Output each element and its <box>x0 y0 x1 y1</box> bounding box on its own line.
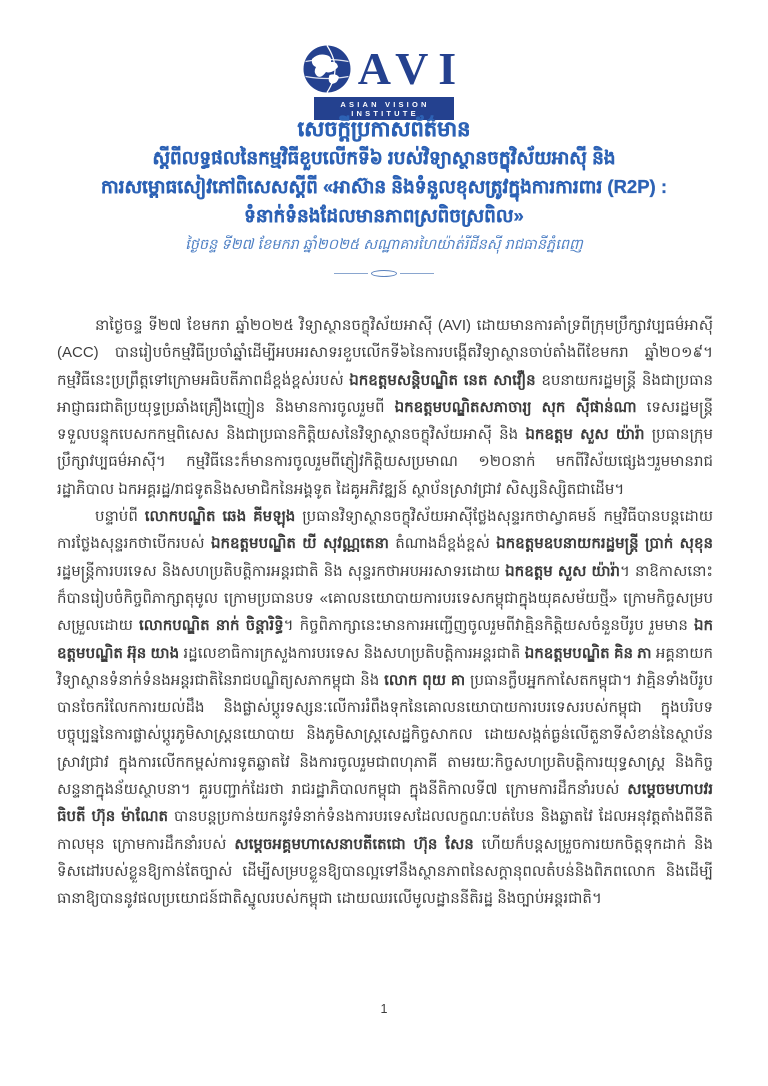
divider-knot-icon <box>371 270 397 277</box>
dignitary-name: ឯកឧត្តមបណ្ឌិត យី សុវណ្ណតេនា <box>211 535 389 552</box>
dignitary-name: លោកបណ្ឌិត ឆេង គីមឡុង <box>145 508 295 525</box>
globe-icon <box>302 44 352 94</box>
divider-line-left <box>334 273 368 274</box>
body-text: រដ្ឋមន្ត្រីការបរទេស និងសហប្រតិបត្តិការអន… <box>57 563 505 580</box>
body-text: តំណាងដ៏ខ្ពង់ខ្ពស់ <box>389 535 496 552</box>
avi-logo: AVI ASIAN VISION INSTITUTE <box>0 44 768 120</box>
dignitary-name: លោក ពុយ គា <box>384 672 465 689</box>
body-text: រដ្ឋលេខាធិការក្រសួងការបរទេស និងសហប្រតិបត… <box>179 645 525 662</box>
ornament-divider <box>0 270 768 277</box>
document-body: នាថ្ងៃចន្ទ ទី២៧ ខែមករា ឆ្នាំ២០២៥ វិទ្យាស… <box>57 312 713 913</box>
dignitary-name: ឯកឧត្តម សួស យ៉ារ៉ា <box>525 426 644 443</box>
logo-wordmark: AVI <box>358 46 466 92</box>
subtitle-line-2: ការសម្ពោធសៀវភៅពិសេសស្តីពី «អាស៊ាន និងទំន… <box>40 173 728 202</box>
body-text: ។ កិច្ចពិភាក្សានេះមានការអញ្ជើញចូលរួមពីវា… <box>284 617 694 634</box>
subtitle-line-3: ទំនាក់ទំនងដែលមានភាពស្រពិចស្រពិល» <box>40 202 728 231</box>
dignitary-name: ឯកឧត្តម សួស យ៉ារ៉ា <box>505 563 620 580</box>
page-title: សេចក្តីប្រកាសព័ត៌មាន <box>40 116 728 144</box>
dignitary-name: ឯកឧត្តមបណ្ឌិតសភាចារ្យ សុក ស៊ីផាន់ណា <box>395 399 637 416</box>
dignitary-name: ឯកឧត្តមបណ្ឌិត គិន ភា <box>525 645 652 662</box>
body-paragraph: បន្ទាប់ពី លោកបណ្ឌិត ឆេង គីមឡុង ប្រធានវិទ… <box>57 503 713 912</box>
dignitary-name: លោកបណ្ឌិត នាក់ ចិន្តារិទ្ធិ <box>139 617 284 634</box>
page-number: 1 <box>0 1002 768 1016</box>
subtitle-line-1: ស្តីពីលទ្ធផលនៃកម្មវិធីខួបលើកទី៦ របស់វិទ្… <box>40 144 728 173</box>
dignitary-name: សម្តេចអគ្គមហាសេនាបតីតេជោ ហ៊ុន សែន <box>234 836 474 853</box>
title-block: សេចក្តីប្រកាសព័ត៌មាន ស្តីពីលទ្ធផលនៃកម្មវ… <box>40 116 728 230</box>
dignitary-name: ឯកឧត្តមឧបនាយករដ្ឋមន្ត្រី ប្រាក់ សុខុន <box>496 535 713 552</box>
divider-line-right <box>400 273 434 274</box>
event-date-venue: ថ្ងៃចន្ទ ទី២៧ ខែមករា ឆ្នាំ២០២៥ សណ្ឋាគារហ… <box>40 236 728 257</box>
dignitary-name: ឯកឧត្តមសន្តិបណ្ឌិត នេត សាវឿន <box>349 372 535 389</box>
press-release-page: AVI ASIAN VISION INSTITUTE សេចក្តីប្រកាស… <box>0 0 768 1086</box>
body-text: ប្រធានក្លឹបអ្នកកាសែតកម្ពុជា។ វាគ្មិនទាំង… <box>57 672 713 798</box>
body-text: បន្ទាប់ពី <box>95 508 145 525</box>
body-paragraph: នាថ្ងៃចន្ទ ទី២៧ ខែមករា ឆ្នាំ២០២៥ វិទ្យាស… <box>57 312 713 503</box>
